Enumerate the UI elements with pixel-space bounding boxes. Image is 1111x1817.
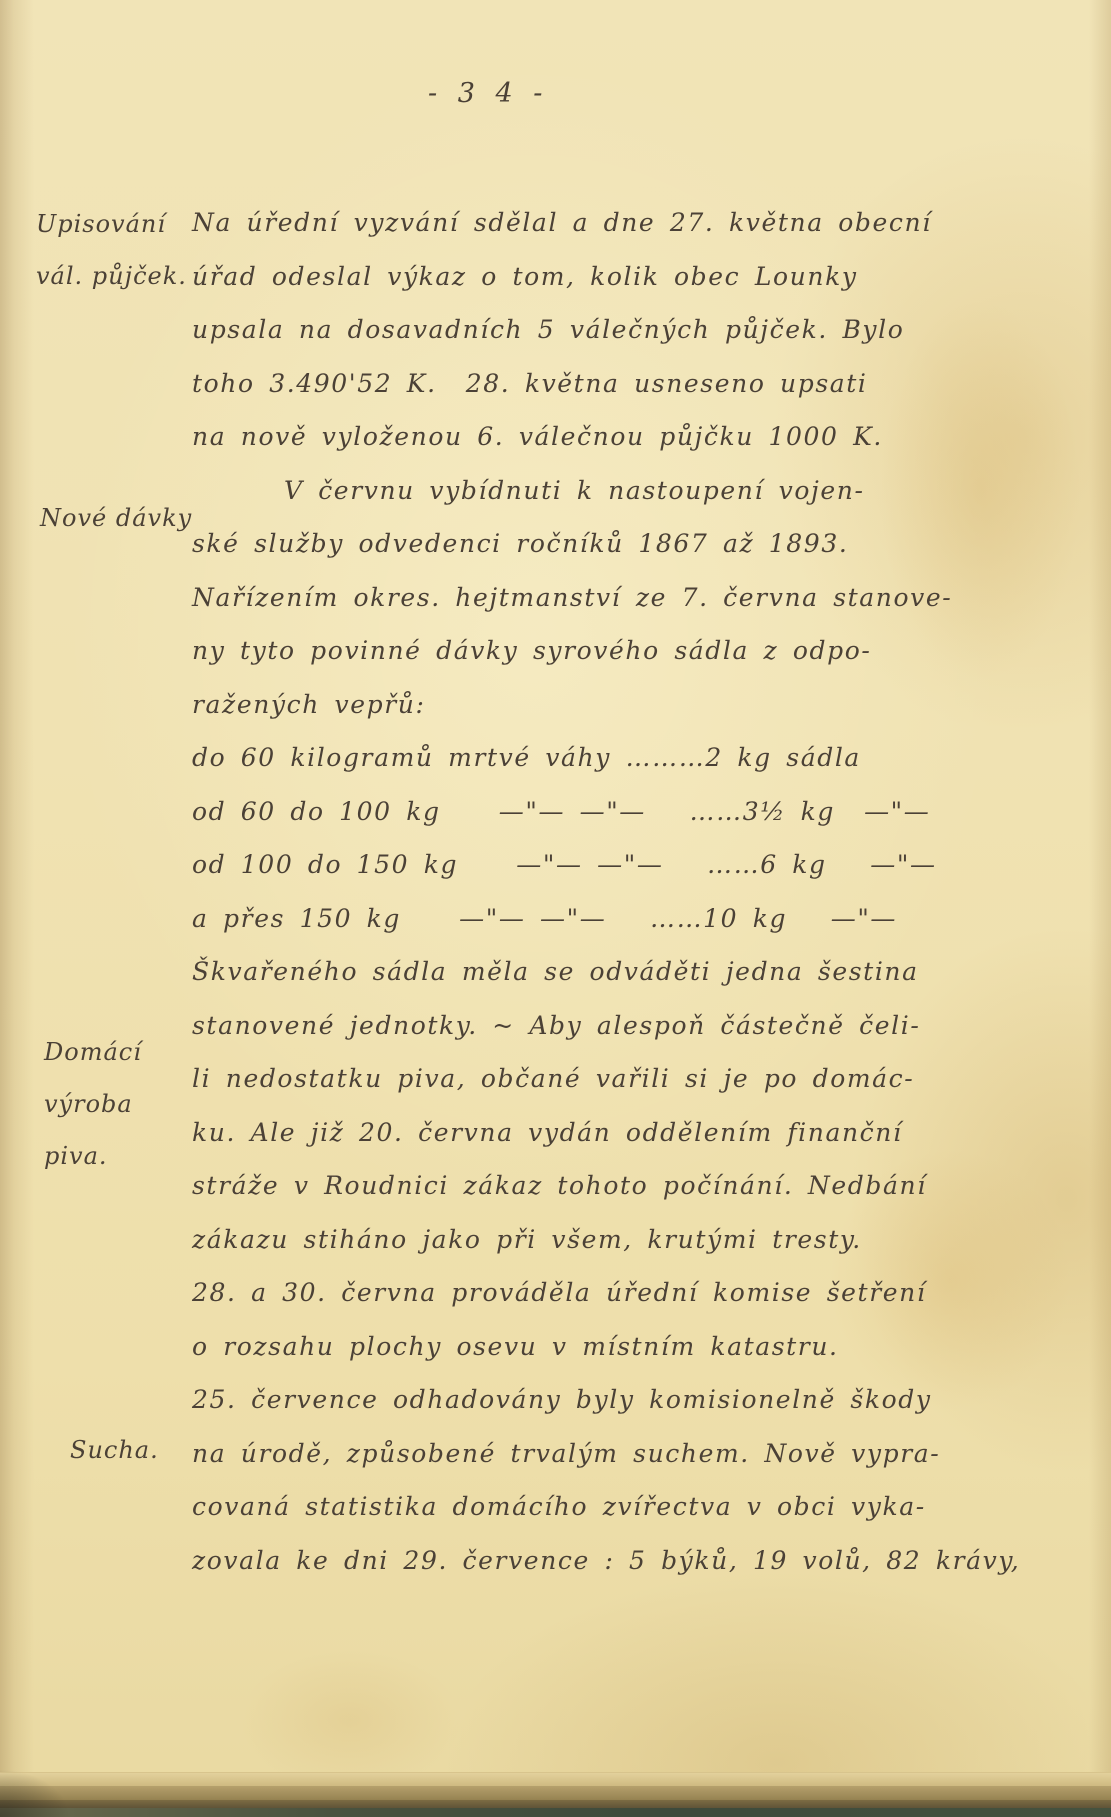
handwritten-line: zovala ke dni 29. července : 5 býků, 19 … <box>192 1534 932 1588</box>
book-corner-shadow <box>0 1769 70 1817</box>
handwritten-line: Nařízením okres. hejtmanství ze 7. červn… <box>192 571 932 625</box>
handwritten-line: li nedostatku piva, občané vařili si je … <box>192 1052 932 1106</box>
handwritten-line: stráže v Roudnici zákaz tohoto počínání.… <box>192 1159 932 1213</box>
handwritten-line: od 60 do 100 kg —"— —"— ……3½ kg —"— <box>192 785 932 839</box>
handwritten-line: 28. a 30. června prováděla úřední komise… <box>192 1266 932 1320</box>
handwritten-line: toho 3.490'52 K. 28. května usneseno ups… <box>192 357 932 411</box>
handwritten-line: Škvařeného sádla měla se odváděti jedna … <box>192 945 932 999</box>
handwritten-line: zákazu stiháno jako při všem, krutými tr… <box>192 1213 932 1267</box>
page-edge-layer <box>0 1772 1111 1787</box>
handwritten-line: úřad odeslal výkaz o tom, kolik obec Lou… <box>192 250 932 304</box>
handwritten-line: ražených vepřů: <box>192 678 932 732</box>
handwritten-line: do 60 kilogramů mrtvé váhy ………2 kg sádla <box>192 731 932 785</box>
handwritten-line: a přes 150 kg —"— —"— ……10 kg —"— <box>192 892 932 946</box>
book-spread: - 3 4 - Upisování vál. půjček. Nové dávk… <box>0 0 1111 1817</box>
handwritten-text-block: Na úřední vyzvání sdělal a dne 27. květn… <box>192 196 932 1587</box>
handwritten-line: stanovené jednotky. ~ Aby alespoň částeč… <box>192 999 932 1053</box>
handwritten-line: upsala na dosavadních 5 válečných půjček… <box>192 303 932 357</box>
page-number: - 3 4 - <box>428 78 548 109</box>
book-cover-edge <box>0 1808 1111 1817</box>
handwritten-line: ské služby odvedenci ročníků 1867 až 189… <box>192 517 932 571</box>
margin-note-upisovani-val-pujcek: Upisování vál. půjček. <box>36 198 196 302</box>
handwritten-line: ku. Ale již 20. června vydán oddělením f… <box>192 1106 932 1160</box>
handwritten-line: od 100 do 150 kg —"— —"— ……6 kg —"— <box>192 838 932 892</box>
handwritten-line: na nově vyloženou 6. válečnou půjčku 100… <box>192 410 932 464</box>
handwritten-line: ny tyto povinné dávky syrového sádla z o… <box>192 624 932 678</box>
handwritten-line: Na úřední vyzvání sdělal a dne 27. květn… <box>192 196 932 250</box>
handwritten-line: V červnu vybídnuti k nastoupení vojen- <box>192 464 932 518</box>
handwritten-line: o rozsahu plochy osevu v místním katastr… <box>192 1320 932 1374</box>
handwritten-line: 25. července odhadovány byly komisioneln… <box>192 1373 932 1427</box>
handwritten-line: covaná statistika domácího zvířectva v o… <box>192 1480 932 1534</box>
margin-note-sucha: Sucha. <box>70 1424 210 1476</box>
book-page-edges <box>0 1759 1111 1817</box>
chronicle-page: - 3 4 - Upisování vál. půjček. Nové dávk… <box>0 0 1111 1817</box>
handwritten-line: na úrodě, způsobené trvalým suchem. Nově… <box>192 1427 932 1481</box>
page-edge-layer <box>0 1786 1111 1801</box>
margin-note-domaci-vyroba-piva: Domácí výroba piva. <box>44 1026 204 1182</box>
